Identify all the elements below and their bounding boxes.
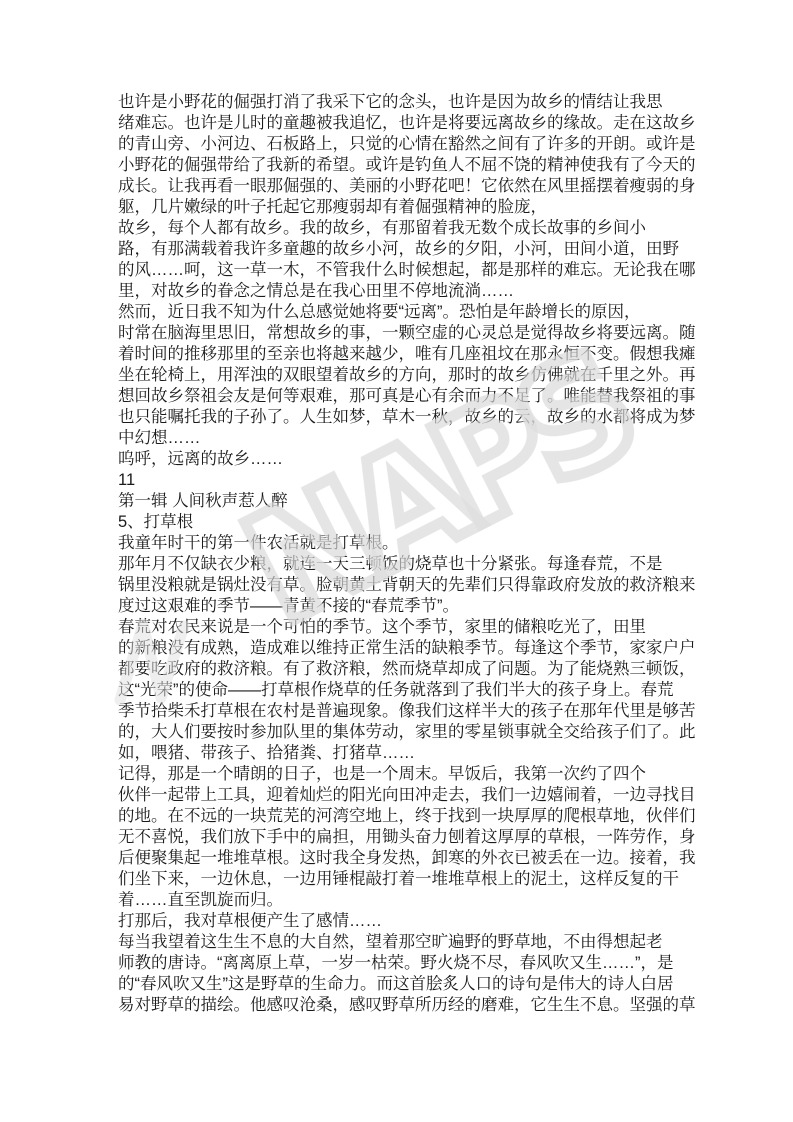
text-line: 的“春风吹又生”这是野草的生命力。而这首脍炙人口的诗句是伟大的诗人白居 xyxy=(118,974,728,995)
text-line: 季节拾柴禾打草根在农村是普遍现象。像我们这样半大的孩子在那年代里是够苦 xyxy=(118,701,728,722)
text-line: 的新粮没有成熟，造成难以维持正常生活的缺粮季节。每逢这个季节，家家户户 xyxy=(118,638,728,659)
text-line: 易对野草的描绘。他感叹沧桑，感叹野草所历经的磨难，它生生不息。坚强的草 xyxy=(118,995,728,1016)
text-line: 绪难忘。也许是儿时的童趣被我追忆，也许是将要远离故乡的缘故。走在这故乡 xyxy=(118,113,728,134)
text-line: 们坐下来，一边休息，一边用锤棍敲打着一堆堆草根上的泥土，这样反复的干 xyxy=(118,869,728,890)
document-body-text: 也许是小野花的倔强打消了我采下它的念头，也许是因为故乡的情结让我思绪难忘。也许是… xyxy=(118,92,728,1016)
text-line: 第一辑 人间秋声惹人醉 xyxy=(118,491,728,512)
text-line: 锅里没粮就是锅灶没有草。脸朝黄土背朝天的先辈们只得靠政府发放的救济粮来 xyxy=(118,575,728,596)
text-line: 故乡，每个人都有故乡。我的故乡，有那留着我无数个成长故事的乡间小 xyxy=(118,218,728,239)
text-line: 5、打草根 xyxy=(118,512,728,533)
text-line: 里，对故乡的眷念之情总是在我心田里不停地流淌…… xyxy=(118,281,728,302)
text-line: 成长。让我再看一眼那倔强的、美丽的小野花吧！它依然在风里摇摆着瘦弱的身 xyxy=(118,176,728,197)
text-line: 小野花的倔强带给了我新的希望。或许是钓鱼人不屈不饶的精神使我有了今天的 xyxy=(118,155,728,176)
text-line: 后便聚集起一堆堆草根。这时我全身发热，卸寒的外衣已被丢在一边。接着，我 xyxy=(118,848,728,869)
text-line: 11 xyxy=(118,470,728,491)
text-line: 度过这艰难的季节——青黄不接的“春荒季节”。 xyxy=(118,596,728,617)
text-line: 那年月不仅缺衣少粮，就连一天三顿饭的烧草也十分紧张。每逢春荒，不是 xyxy=(118,554,728,575)
text-line: 的，大人们要按时参加队里的集体劳动，家里的零星锁事就全交给孩子们了。此 xyxy=(118,722,728,743)
text-line: 然而，近日我不知为什么总感觉她将要“远离”。恐怕是年龄增长的原因， xyxy=(118,302,728,323)
text-line: 躯，几片嫩绿的叶子托起它那瘦弱却有着倔强精神的脸庞， xyxy=(118,197,728,218)
text-line: 也只能嘱托我的子孙了。人生如梦，草木一秋，故乡的云，故乡的水都将成为梦 xyxy=(118,407,728,428)
text-line: 路，有那满载着我许多童趣的故乡小河，故乡的夕阳，小河，田间小道，田野 xyxy=(118,239,728,260)
text-line: 想回故乡祭祖会友是何等艰难，那可真是心有余而力不足了。唯能替我祭祖的事 xyxy=(118,386,728,407)
text-line: 春荒对农民来说是一个可怕的季节。这个季节，家里的储粮吃光了，田里 xyxy=(118,617,728,638)
text-line: 如，喂猪、带孩子、拾猪粪、打猪草…… xyxy=(118,743,728,764)
text-line: 的风……呵，这一草一木，不管我什么时候想起，都是那样的难忘。无论我在哪 xyxy=(118,260,728,281)
text-line: 的青山旁、小河边、石板路上，只觉的心情在豁然之间有了许多的开朗。或许是 xyxy=(118,134,728,155)
text-line: 呜呼，远离的故乡…… xyxy=(118,449,728,470)
text-line: 伙伴一起带上工具，迎着灿烂的阳光向田冲走去，我们一边嬉闹着，一边寻找目 xyxy=(118,785,728,806)
text-line: 着时间的推移那里的至亲也将越来越少，唯有几座祖坟在那永恒不变。假想我瘫 xyxy=(118,344,728,365)
text-line: 中幻想…… xyxy=(118,428,728,449)
text-line: 着……直至凯旋而归。 xyxy=(118,890,728,911)
text-line: 也许是小野花的倔强打消了我采下它的念头，也许是因为故乡的情结让我思 xyxy=(118,92,728,113)
text-line: 无不喜悦，我们放下手中的扁担，用锄头奋力刨着这厚厚的草根，一阵劳作，身 xyxy=(118,827,728,848)
text-line: 的地。在不远的一块荒芜的河湾空地上，终于找到一块厚厚的爬根草地，伙伴们 xyxy=(118,806,728,827)
text-line: 记得，那是一个晴朗的日子，也是一个周末。早饭后，我第一次约了四个 xyxy=(118,764,728,785)
text-line: 这“光荣”的使命——打草根作烧草的任务就落到了我们半大的孩子身上。春荒 xyxy=(118,680,728,701)
text-line: 每当我望着这生生不息的大自然，望着那空旷遍野的野草地，不由得想起老 xyxy=(118,932,728,953)
text-line: 打那后，我对草根便产生了感情…… xyxy=(118,911,728,932)
text-line: 时常在脑海里思旧，常想故乡的事，一颗空虚的心灵总是觉得故乡将要远离。随 xyxy=(118,323,728,344)
text-line: 师教的唐诗。“离离原上草，一岁一枯荣。野火烧不尽，春风吹又生……”，是 xyxy=(118,953,728,974)
text-line: 都要吃政府的救济粮。有了救济粮，然而烧草却成了问题。为了能烧熟三顿饭， xyxy=(118,659,728,680)
text-line: 坐在轮椅上，用浑浊的双眼望着故乡的方向，那时的故乡仿佛就在千里之外。再 xyxy=(118,365,728,386)
document-page: 也许是小野花的倔强打消了我采下它的念头，也许是因为故乡的情结让我思绪难忘。也许是… xyxy=(0,0,793,1122)
text-line: 我童年时干的第一件农活就是打草根。 xyxy=(118,533,728,554)
